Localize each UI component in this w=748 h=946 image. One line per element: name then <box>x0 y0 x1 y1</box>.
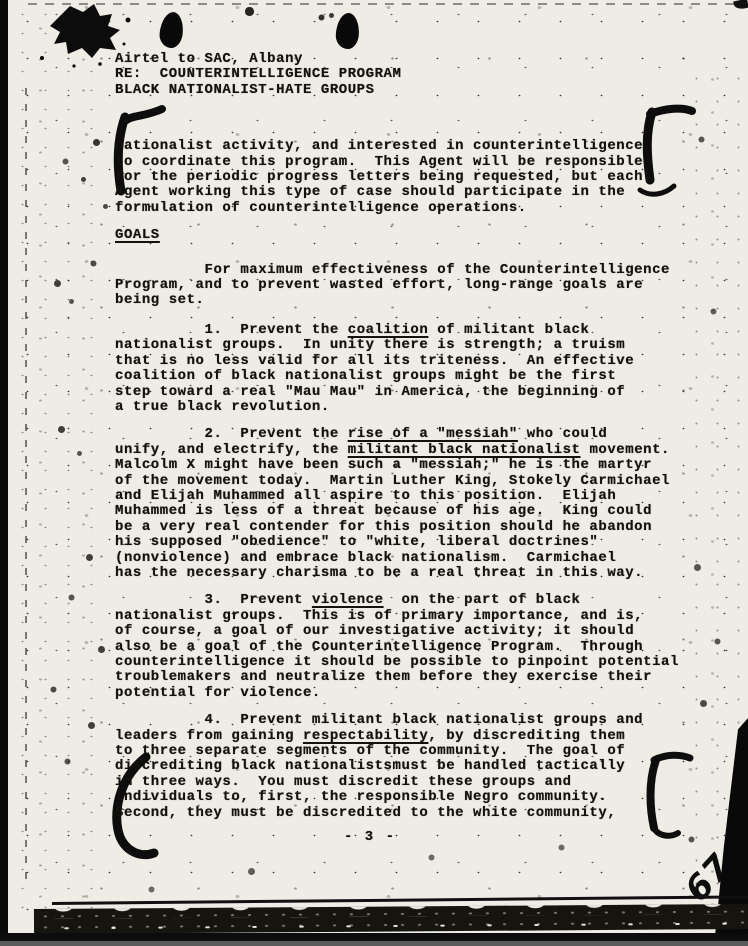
goal-item-2: 2. Prevent the rise of a "messiah" who c… <box>115 427 715 581</box>
text-line: leaders from gaining respectability, by … <box>115 729 715 744</box>
text-line: has the necessary charisma to be a real … <box>115 566 715 581</box>
text-line: that is no less valid for all its triten… <box>115 354 715 369</box>
text-line: be a very real contender for this positi… <box>115 520 715 535</box>
text-line: RE: COUNTERINTELLIGENCE PROGRAM <box>115 67 715 82</box>
scanner-edge-bottom <box>0 933 748 946</box>
text-line: Agent working this type of case should p… <box>115 185 715 200</box>
goals-heading: GOALS <box>115 228 715 243</box>
text-line: (nonviolence) and embrace black national… <box>115 551 715 566</box>
text-line: For maximum effectiveness of the Counter… <box>115 263 715 278</box>
text-line: troublemakers and neutralize them before… <box>115 670 715 685</box>
text-line: Muhammed is less of a threat because of … <box>115 504 715 519</box>
text-line: potential for violence. <box>115 686 715 701</box>
scanned-document-page: Airtel to SAC, AlbanyRE: COUNTERINTELLIG… <box>0 0 748 946</box>
text-line: GOALS <box>115 228 715 243</box>
text-line: 4. Prevent militant black nationalist gr… <box>115 713 715 728</box>
text-line: step toward a real "Mau Mau" in America,… <box>115 385 715 400</box>
text-line: 1. Prevent the coalition of militant bla… <box>115 323 715 338</box>
text-line: Airtel to SAC, Albany <box>115 52 715 67</box>
page-number: - 3 - <box>344 829 396 845</box>
scanner-edge-left <box>0 0 8 946</box>
text-line: discrediting black nationalistsmust be h… <box>115 759 715 774</box>
text-line: of course, a goal of our investigative a… <box>115 624 715 639</box>
text-line: individuals to, first, the responsible N… <box>115 790 715 805</box>
paragraph-coordination: nationalist activity, and interested in … <box>115 139 715 216</box>
goal-item-1: 1. Prevent the coalition of militant bla… <box>115 323 715 415</box>
text-line: his supposed "obedience" to "white, libe… <box>115 535 715 550</box>
perforation-dash-line <box>25 88 27 888</box>
text-line: nationalist activity, and interested in … <box>115 139 715 154</box>
text-line: Program, and to prevent wasted effort, l… <box>115 278 715 293</box>
left-margin-noise <box>8 0 112 910</box>
text-line: nationalist groups. In unity there is st… <box>115 338 715 353</box>
text-line: of the movement today. Martin Luther Kin… <box>115 474 715 489</box>
text-line: Malcolm X might have been such a "messia… <box>115 458 715 473</box>
text-line: in three ways. You must discredit these … <box>115 775 715 790</box>
text-line: 3. Prevent violence on the part of black <box>115 593 715 608</box>
text-line: coalition of black nationalist groups mi… <box>115 369 715 384</box>
dirt-specks <box>0 0 3 3</box>
text-line: nationalist groups. This is of primary i… <box>115 609 715 624</box>
text-line: a true black revolution. <box>115 400 715 415</box>
text-line: unify, and electrify, the militant black… <box>115 443 715 458</box>
text-line: also be a goal of the Counterintelligenc… <box>115 640 715 655</box>
goal-item-4: 4. Prevent militant black nationalist gr… <box>115 713 715 821</box>
scan-halftone-band <box>34 904 748 934</box>
goal-item-3: 3. Prevent violence on the part of black… <box>115 593 715 701</box>
text-line: being set. <box>115 293 715 308</box>
paragraph-goals-intro: For maximum effectiveness of the Counter… <box>115 263 715 309</box>
text-line: BLACK NATIONALIST-HATE GROUPS <box>115 83 715 98</box>
text-line: to coordinate this program. This Agent w… <box>115 155 715 170</box>
text-line: 2. Prevent the rise of a "messiah" who c… <box>115 427 715 442</box>
text-line: formulation of counterintelligence opera… <box>115 201 715 216</box>
text-line: Second, they must be discredited to the … <box>115 806 715 821</box>
header-block: Airtel to SAC, AlbanyRE: COUNTERINTELLIG… <box>115 52 715 98</box>
document-body: Airtel to SAC, AlbanyRE: COUNTERINTELLIG… <box>115 52 715 821</box>
